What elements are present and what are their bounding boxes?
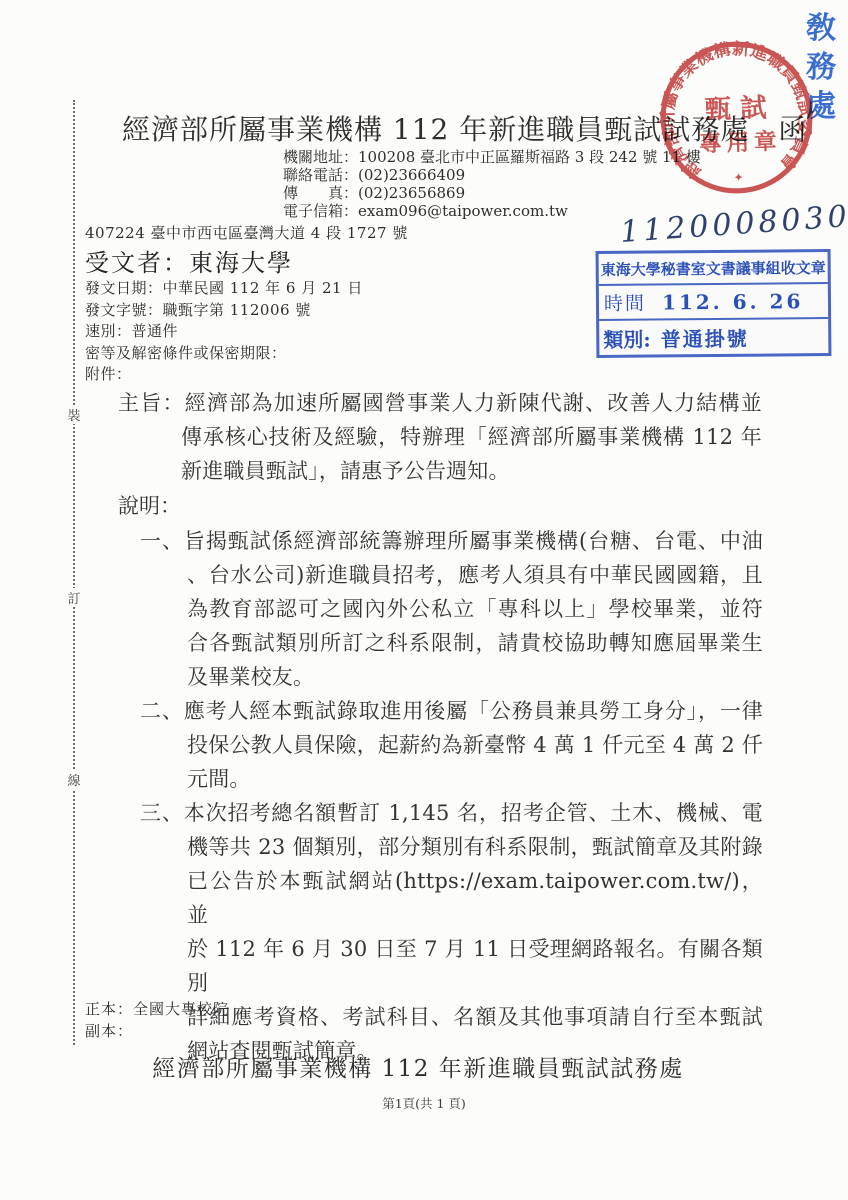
receipt-stamp: 東海大學秘書室文書議事組收文章 時間 112. 6. 26 類別: 普通掛號 <box>596 249 832 358</box>
text-line: 三、本次招考總名額暫訂 1,145 名，招考企管、土木、機械、電 <box>140 796 763 830</box>
office-label-char: 務 <box>806 53 836 83</box>
document-meta-block: 發文日期：中華民國 112 年 6 月 21 日發文字號：職甄字第 112006… <box>85 278 363 386</box>
text-line: 主旨：經濟部為加速所屬國營事業人力新陳代謝、改善人力結構並 <box>118 386 762 420</box>
text-line: 發文字號：職甄字第 112006 號 <box>85 300 363 322</box>
text-line: 聯絡電話：(02)23666409 <box>283 166 701 184</box>
seal-center-text-line2: 專用章 <box>699 128 782 158</box>
text-line: 發文日期：中華民國 112 年 6 月 21 日 <box>85 278 363 300</box>
office-label-char: 敎 <box>806 14 836 44</box>
receipt-category-value: 普通掛號 <box>661 322 749 352</box>
text-line: 新進職員甄試」，請惠予公告週知。 <box>181 454 762 488</box>
text-line: 副本： <box>85 1020 229 1042</box>
footer-organization-name: 經濟部所屬事業機構 112 年新進職員甄試試務處 <box>0 1050 836 1083</box>
text-line: 已公告於本甄試網站(https://exam.taipower.com.tw/)… <box>187 864 763 932</box>
text-line: 正本：全國大專校院 <box>85 998 229 1020</box>
copies-block: 正本：全國大專校院副本： <box>85 998 229 1042</box>
explanation-item-2: 二、應考人經本甄試錄取進用後屬「公務員兼具勞工身分」，一律投保公教人員保險，起薪… <box>140 694 763 796</box>
recipient-postal-address: 407224 臺中市西屯區臺灣大道 4 段 1727 號 <box>85 222 408 243</box>
text-line: 投保公教人員保險，起薪約為新臺幣 4 萬 1 仟元至 4 萬 2 仟 <box>187 728 763 762</box>
text-line: 二、應考人經本甄試錄取進用後屬「公務員兼具勞工身分」，一律 <box>140 694 763 728</box>
receipt-stamp-title: 東海大學秘書室文書議事組收文章 <box>599 252 828 284</box>
explanation-label: 說明： <box>118 490 181 520</box>
red-circular-seal-stamp: 經濟部所屬事業機構新進職員甄試委員會 甄試 專用章 ✦ <box>652 33 821 202</box>
binding-mark-xian: 線 <box>66 770 82 789</box>
agency-contact-info: 機關地址：100208 臺北市中正區羅斯福路 3 段 242 號 11 樓聯絡電… <box>283 148 701 220</box>
seal-bottom-ornament: ✦ <box>733 170 744 184</box>
binding-mark-zhuang: 裝 <box>66 405 82 424</box>
text-line: 一、旨揭甄試係經濟部統籌辦理所屬事業機構(台糖、台電、中油 <box>140 524 763 558</box>
text-line: 機等共 23 個類別，部分類別有科系限制，甄試簡章及其附錄 <box>187 830 763 864</box>
text-line: 及畢業校友。 <box>187 660 763 694</box>
binding-line: 裝 訂 線 <box>73 100 75 1045</box>
receipt-category-label: 類別: <box>603 323 651 352</box>
office-label-char: 處 <box>806 92 836 122</box>
text-line: 為教育部認可之國內外公私立「專科以上」學校畢業，並符 <box>187 592 763 626</box>
explanation-item-3: 三、本次招考總名額暫訂 1,145 名，招考企管、土木、機械、電機等共 23 個… <box>140 796 763 1068</box>
text-line: 傳 真：(02)23656869 <box>283 184 701 202</box>
text-line: 傳承核心技術及經驗，特辦理「經濟部所屬事業機構 112 年 <box>181 420 762 454</box>
text-line: 附件： <box>85 364 363 386</box>
explanation-item-1: 一、旨揭甄試係經濟部統籌辦理所屬事業機構(台糖、台電、中油、台水公司)新進職員招… <box>140 524 763 694</box>
text-line: 元間。 <box>187 762 763 796</box>
text-line: 、台水公司)新進職員招考，應考人須具有中華民國國籍，且 <box>187 558 763 592</box>
seal-center-text-line1: 甄試 <box>704 92 776 125</box>
recipient-name: 受文者：東海大學 <box>85 243 293 278</box>
text-line: 機關地址：100208 臺北市中正區羅斯福路 3 段 242 號 11 樓 <box>283 148 701 166</box>
receipt-stamp-category-row: 類別: 普通掛號 <box>599 317 828 355</box>
text-line: 於 112 年 6 月 30 日至 7 月 11 日受理網路報名。有關各類別 <box>187 932 763 1000</box>
subject-paragraph: 主旨：經濟部為加速所屬國營事業人力新陳代謝、改善人力結構並傳承核心技術及經驗，特… <box>118 386 762 488</box>
document-page: 裝 訂 線 經濟部所屬事業機構 112 年新進職員甄試試務處 函 機關地址：10… <box>0 0 848 1200</box>
text-line: 速別：普通件 <box>85 321 363 343</box>
receipt-time-value: 112. 6. 26 <box>662 289 804 314</box>
text-line: 合各甄試類別所訂之科系限制，請貴校協助轉知應屆畢業生 <box>187 626 763 660</box>
office-label-stamp: 敎 務 處 <box>806 14 836 122</box>
receipt-stamp-time-row: 時間 112. 6. 26 <box>599 282 828 319</box>
receipt-time-label: 時間 <box>604 289 646 316</box>
text-line: 詳細應考資格、考試科目、名額及其他事項請自行至本甄試 <box>187 1000 763 1034</box>
text-line: 密等及解密條件或保密期限： <box>85 343 363 365</box>
page-number: 第1頁(共 1 頁) <box>0 1094 848 1112</box>
binding-mark-ding: 訂 <box>66 588 82 607</box>
